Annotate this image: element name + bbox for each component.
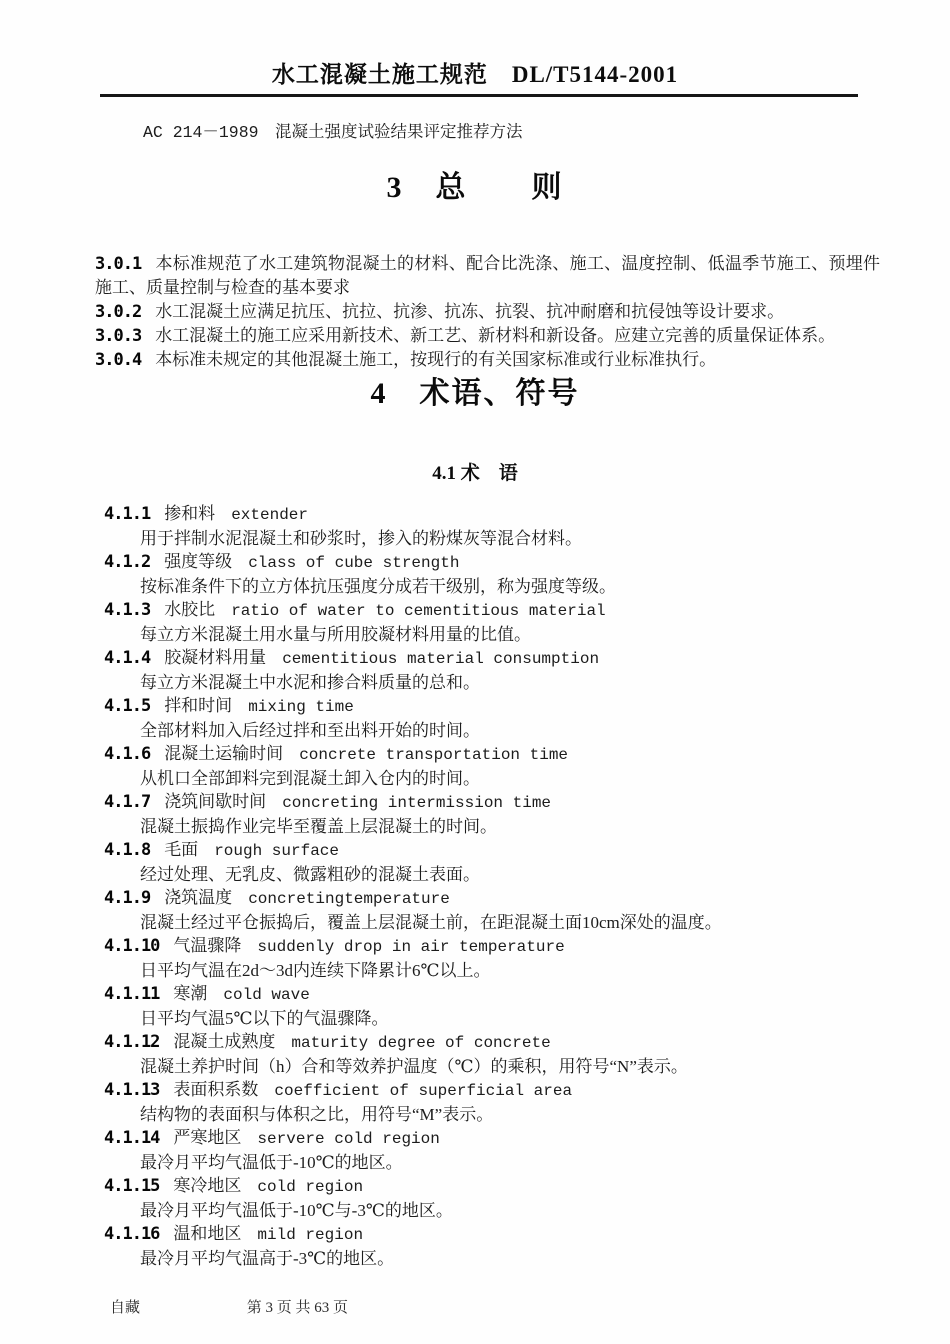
term-name-chinese: 掺和料 <box>164 504 215 523</box>
term-name-chinese: 混凝土运输时间 <box>164 744 283 763</box>
reference-title: 混凝土强度试验结果评定推荐方法 <box>259 122 523 141</box>
term-line: 4.1.4胶凝材料用量cementitious material consump… <box>104 646 880 671</box>
clause-text: 本标准规范了水工建筑物混凝土的材料、配合比洗涤、施工、温度控制、低温季节施工、预… <box>95 254 880 297</box>
term-line: 4.1.16温和地区mild region <box>104 1222 880 1247</box>
term-number: 4.1.7 <box>104 792 150 812</box>
term-number: 4.1.6 <box>104 744 150 764</box>
reference-code: AC 214－1989 <box>143 123 259 142</box>
term-item: 4.1.8毛面rough surface 经过处理、无乳皮、微露粗砂的混凝土表面… <box>104 838 880 886</box>
term-definition: 经过处理、无乳皮、微露粗砂的混凝土表面。 <box>140 863 880 886</box>
term-number: 4.1.8 <box>104 840 150 860</box>
term-name-english: coefficient of superficial area <box>274 1082 572 1100</box>
term-definition: 最冷月平均气温低于-10℃的地区。 <box>140 1151 880 1174</box>
term-item: 4.1.1掺和料extender 用于拌制水泥混凝土和砂浆时，掺入的粉煤灰等混合… <box>104 502 880 550</box>
term-item: 4.1.6混凝土运输时间concrete transportation time… <box>104 742 880 790</box>
term-definition: 全部材料加入后经过拌和至出料开始的时间。 <box>140 719 880 742</box>
term-item: 4.1.10气温骤降suddenly drop in air temperatu… <box>104 934 880 982</box>
term-item: 4.1.5拌和时间mixing time 全部材料加入后经过拌和至出料开始的时间… <box>104 694 880 742</box>
term-number: 4.1.4 <box>104 648 150 668</box>
term-name-english: concretingtemperature <box>248 890 450 908</box>
term-number: 4.1.2 <box>104 552 150 572</box>
term-definition: 用于拌制水泥混凝土和砂浆时，掺入的粉煤灰等混合材料。 <box>140 527 880 550</box>
term-definition: 日平均气温在2d～3d内连续下降累计6℃以上。 <box>140 959 880 982</box>
term-name-chinese: 胶凝材料用量 <box>164 648 266 667</box>
term-number: 4.1.1 <box>104 504 150 524</box>
term-name-english: concrete transportation time <box>299 746 568 764</box>
term-item: 4.1.4胶凝材料用量cementitious material consump… <box>104 646 880 694</box>
term-definition: 每立方米混凝土用水量与所用胶凝材料用量的比值。 <box>140 623 880 646</box>
document-title: 水工混凝土施工规范 DL/T5144-2001 <box>0 0 950 90</box>
clause-number: 3.0.1 <box>95 254 141 274</box>
term-line: 4.1.2强度等级class of cube strength <box>104 550 880 575</box>
term-line: 4.1.9浇筑温度concretingtemperature <box>104 886 880 911</box>
term-name-chinese: 拌和时间 <box>164 696 232 715</box>
term-name-english: cold wave <box>223 986 309 1004</box>
section-3-heading: 3 总 则 <box>0 170 950 206</box>
term-line: 4.1.3水胶比ratio of water to cementitious m… <box>104 598 880 623</box>
term-definition: 每立方米混凝土中水泥和掺合料质量的总和。 <box>140 671 880 694</box>
term-name-chinese: 浇筑间歇时间 <box>164 792 266 811</box>
term-definition: 按标准条件下的立方体抗压强度分成若干级别，称为强度等级。 <box>140 575 880 598</box>
term-item: 4.1.14严寒地区servere cold region 最冷月平均气温低于-… <box>104 1126 880 1174</box>
term-name-english: mixing time <box>248 698 354 716</box>
term-number: 4.1.5 <box>104 696 150 716</box>
term-item: 4.1.7浇筑间歇时间concreting intermission time … <box>104 790 880 838</box>
term-definition: 从机口全部卸料完到混凝土卸入仓内的时间。 <box>140 767 880 790</box>
term-name-chinese: 严寒地区 <box>173 1128 241 1147</box>
term-item: 4.1.12混凝土成熟度maturity degree of concrete … <box>104 1030 880 1078</box>
term-definition: 日平均气温5℃以下的气温骤降。 <box>140 1007 880 1030</box>
term-item: 4.1.9浇筑温度concretingtemperature 混凝土经过平仓振捣… <box>104 886 880 934</box>
term-name-english: class of cube strength <box>248 554 459 572</box>
term-definition: 混凝土经过平仓振捣后，覆盖上层混凝土前，在距混凝土面10cm深处的温度。 <box>140 911 880 934</box>
term-number: 4.1.14 <box>104 1128 159 1148</box>
term-name-chinese: 浇筑温度 <box>164 888 232 907</box>
term-definition: 结构物的表面积与体积之比，用符号“M”表示。 <box>140 1103 880 1126</box>
footer-page-indicator: 第 3 页 共 63 页 <box>247 1298 348 1318</box>
term-name-english: maturity degree of concrete <box>291 1034 550 1052</box>
term-name-chinese: 表面积系数 <box>173 1080 258 1099</box>
term-name-chinese: 寒冷地区 <box>173 1176 241 1195</box>
reference-line: AC 214－1989 混凝土强度试验结果评定推荐方法 <box>143 121 880 144</box>
term-item: 4.1.11寒潮cold wave 日平均气温5℃以下的气温骤降。 <box>104 982 880 1030</box>
clause-item: 3.0.4本标准未规定的其他混凝土施工，按现行的有关国家标准或行业标准执行。 <box>95 348 880 372</box>
term-number: 4.1.9 <box>104 888 150 908</box>
clause-item: 3.0.1本标准规范了水工建筑物混凝土的材料、配合比洗涤、施工、温度控制、低温季… <box>95 252 880 300</box>
term-name-chinese: 气温骤降 <box>173 936 241 955</box>
term-name-chinese: 混凝土成熟度 <box>173 1032 275 1051</box>
term-line: 4.1.15寒冷地区cold region <box>104 1174 880 1199</box>
clause-item: 3.0.3水工混凝土的施工应采用新技术、新工艺、新材料和新设备。应建立完善的质量… <box>95 324 880 348</box>
clause-text: 本标准未规定的其他混凝土施工，按现行的有关国家标准或行业标准执行。 <box>155 350 716 369</box>
term-item: 4.1.16温和地区mild region 最冷月平均气温高于-3℃的地区。 <box>104 1222 880 1270</box>
term-item: 4.1.2强度等级class of cube strength 按标准条件下的立… <box>104 550 880 598</box>
term-definition: 混凝土养护时间（h）合和等效养护温度（℃）的乘积，用符号“N”表示。 <box>140 1055 880 1078</box>
term-item: 4.1.3水胶比ratio of water to cementitious m… <box>104 598 880 646</box>
terms-list: 4.1.1掺和料extender 用于拌制水泥混凝土和砂浆时，掺入的粉煤灰等混合… <box>104 502 880 1270</box>
term-name-chinese: 强度等级 <box>164 552 232 571</box>
term-name-english: concreting intermission time <box>282 794 551 812</box>
term-number: 4.1.12 <box>104 1032 159 1052</box>
term-name-english: cold region <box>257 1178 363 1196</box>
document-page: 水工混凝土施工规范 DL/T5144-2001 AC 214－1989 混凝土强… <box>0 0 950 1344</box>
term-name-english: mild region <box>257 1226 363 1244</box>
term-definition: 最冷月平均气温低于-10℃与-3℃的地区。 <box>140 1199 880 1222</box>
term-number: 4.1.15 <box>104 1176 159 1196</box>
clause-item: 3.0.2水工混凝土应满足抗压、抗拉、抗渗、抗冻、抗裂、抗冲耐磨和抗侵蚀等设计要… <box>95 300 880 324</box>
header-rule <box>100 94 858 97</box>
clause-number: 3.0.2 <box>95 302 141 322</box>
term-name-chinese: 毛面 <box>164 840 198 859</box>
term-name-chinese: 水胶比 <box>164 600 215 619</box>
term-name-english: cementitious material consumption <box>282 650 599 668</box>
term-name-english: rough surface <box>214 842 339 860</box>
footer-owner: 自藏 <box>110 1298 140 1318</box>
term-line: 4.1.13表面积系数coefficient of superficial ar… <box>104 1078 880 1103</box>
term-number: 4.1.13 <box>104 1080 159 1100</box>
section-4-heading: 4 术语、符号 <box>0 376 950 412</box>
term-name-english: extender <box>231 506 308 524</box>
clause-text: 水工混凝土应满足抗压、抗拉、抗渗、抗冻、抗裂、抗冲耐磨和抗侵蚀等设计要求。 <box>155 302 784 321</box>
term-line: 4.1.11寒潮cold wave <box>104 982 880 1007</box>
section-3-clause-list: 3.0.1本标准规范了水工建筑物混凝土的材料、配合比洗涤、施工、温度控制、低温季… <box>95 252 880 372</box>
section-4-1-subheading: 4.1 术 语 <box>0 462 950 486</box>
term-definition: 混凝土振捣作业完毕至覆盖上层混凝土的时间。 <box>140 815 880 838</box>
term-line: 4.1.14严寒地区servere cold region <box>104 1126 880 1151</box>
term-definition: 最冷月平均气温高于-3℃的地区。 <box>140 1247 880 1270</box>
term-name-chinese: 寒潮 <box>173 984 207 1003</box>
term-name-english: servere cold region <box>257 1130 439 1148</box>
clause-text: 水工混凝土的施工应采用新技术、新工艺、新材料和新设备。应建立完善的质量保证体系。 <box>155 326 835 345</box>
term-number: 4.1.3 <box>104 600 150 620</box>
term-line: 4.1.5拌和时间mixing time <box>104 694 880 719</box>
term-number: 4.1.10 <box>104 936 159 956</box>
term-line: 4.1.10气温骤降suddenly drop in air temperatu… <box>104 934 880 959</box>
term-line: 4.1.8毛面rough surface <box>104 838 880 863</box>
term-name-english: suddenly drop in air temperature <box>257 938 564 956</box>
term-number: 4.1.16 <box>104 1224 159 1244</box>
term-number: 4.1.11 <box>104 984 159 1004</box>
term-name-chinese: 温和地区 <box>173 1224 241 1243</box>
clause-number: 3.0.4 <box>95 350 141 370</box>
term-line: 4.1.1掺和料extender <box>104 502 880 527</box>
term-name-english: ratio of water to cementitious material <box>231 602 605 620</box>
term-line: 4.1.7浇筑间歇时间concreting intermission time <box>104 790 880 815</box>
term-line: 4.1.6混凝土运输时间concrete transportation time <box>104 742 880 767</box>
term-item: 4.1.13表面积系数coefficient of superficial ar… <box>104 1078 880 1126</box>
clause-number: 3.0.3 <box>95 326 141 346</box>
term-line: 4.1.12混凝土成熟度maturity degree of concrete <box>104 1030 880 1055</box>
page-footer: 自藏 第 3 页 共 63 页 <box>110 1298 950 1318</box>
term-item: 4.1.15寒冷地区cold region 最冷月平均气温低于-10℃与-3℃的… <box>104 1174 880 1222</box>
